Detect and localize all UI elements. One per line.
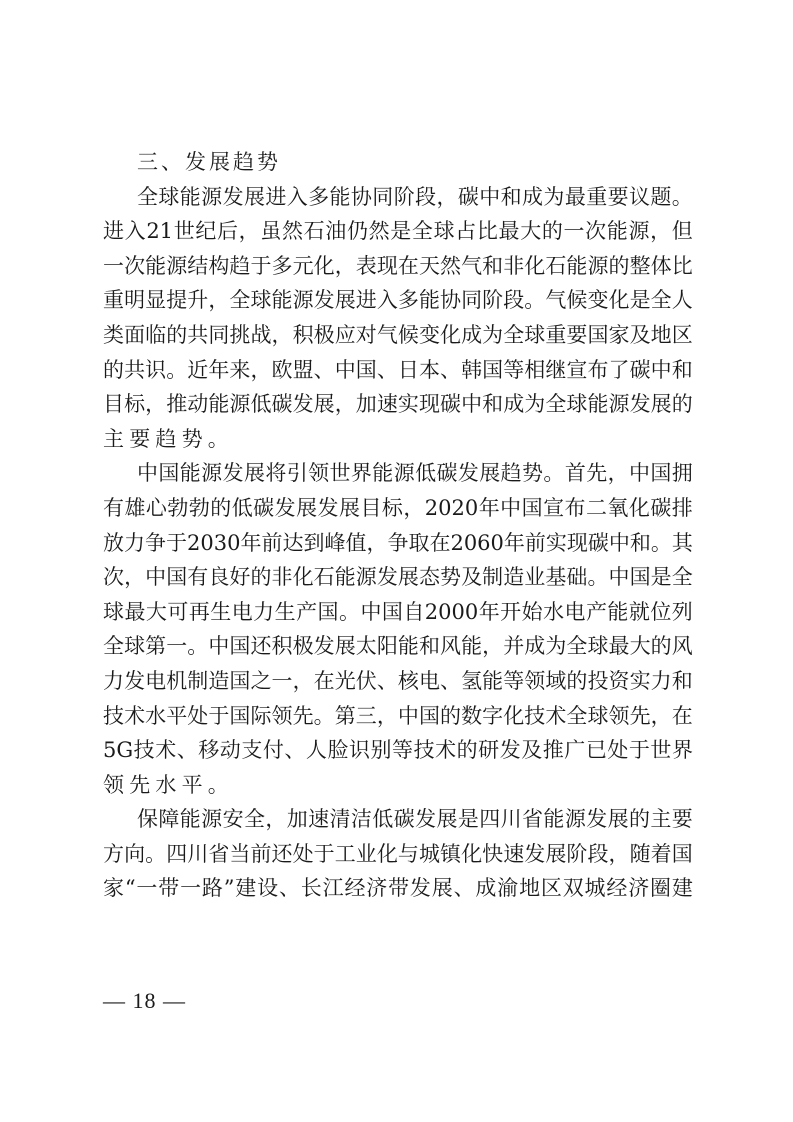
paragraph-china-leads: 中国能源发展将引领世界能源低碳发展趋势。首先，中国拥 有雄心勃勃的低碳发展发展目…	[103, 456, 693, 802]
text-line: 次，中国有良好的非化石能源发展态势及制造业基础。中国是全	[103, 560, 693, 595]
text-line: 中国能源发展将引领世界能源低碳发展趋势。首先，中国拥	[103, 456, 693, 491]
text-line: 目标，推动能源低碳发展，加速实现碳中和成为全球能源发展的	[103, 387, 693, 422]
text-line: 方向。四川省当前还处于工业化与城镇化快速发展阶段，随着国	[103, 837, 693, 872]
text-line: 放力争于2030年前达到峰值，争取在2060年前实现碳中和。其	[103, 526, 693, 561]
text-line: 一次能源结构趋于多元化，表现在天然气和非化石能源的整体比	[103, 249, 693, 284]
text-line: 的共识。近年来，欧盟、中国、日本、韩国等相继宣布了碳中和	[103, 353, 693, 388]
text-line: 领先水平。	[103, 768, 693, 803]
text-line: 重明显提升，全球能源发展进入多能协同阶段。气候变化是全人	[103, 283, 693, 318]
paragraph-global-trend: 全球能源发展进入多能协同阶段，碳中和成为最重要议题。 进入21世纪后，虽然石油仍…	[103, 180, 693, 457]
text-line: 主要趋势。	[103, 422, 693, 457]
text-line: 保障能源安全，加速清洁低碳发展是四川省能源发展的主要	[103, 802, 693, 837]
paragraph-sichuan: 保障能源安全，加速清洁低碳发展是四川省能源发展的主要 方向。四川省当前还处于工业…	[103, 802, 693, 906]
page-number: — 18 —	[103, 988, 186, 1014]
text-line: 全球能源发展进入多能协同阶段，碳中和成为最重要议题。	[103, 180, 693, 215]
text-line: 有雄心勃勃的低碳发展发展目标，2020年中国宣布二氧化碳排	[103, 491, 693, 526]
text-line: 技术水平处于国际领先。第三，中国的数字化技术全球领先，在	[103, 699, 693, 734]
text-line: 球最大可再生电力生产国。中国自2000年开始水电产能就位列	[103, 595, 693, 630]
document-page: 三、发展趋势 全球能源发展进入多能协同阶段，碳中和成为最重要议题。 进入21世纪…	[103, 145, 693, 906]
section-heading: 三、发展趋势	[103, 145, 693, 180]
text-line: 进入21世纪后，虽然石油仍然是全球占比最大的一次能源，但	[103, 214, 693, 249]
text-line: 5G技术、移动支付、人脸识别等技术的研发及推广已处于世界	[103, 733, 693, 768]
text-line: 力发电机制造国之一，在光伏、核电、氢能等领域的投资实力和	[103, 664, 693, 699]
text-line: 全球第一。中国还积极发展太阳能和风能，并成为全球最大的风	[103, 629, 693, 664]
text-line: 类面临的共同挑战，积极应对气候变化成为全球重要国家及地区	[103, 318, 693, 353]
text-line: 家“一带一路”建设、长江经济带发展、成渝地区双城经济圈建	[103, 871, 693, 906]
